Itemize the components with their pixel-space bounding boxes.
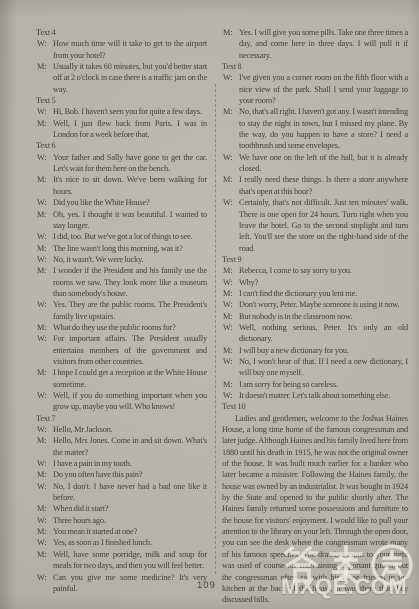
speaker-label: W: — [37, 458, 47, 469]
dialogue-line: M:I wonder if the President and his fami… — [36, 265, 207, 299]
dialogue-line: M:But nobody is in the classroom now. — [222, 311, 408, 322]
dialogue-line: W:No, I don't. I have never had a bad on… — [36, 481, 207, 504]
dialogue-text: No, I won't hear of that. If I need a ne… — [239, 357, 408, 377]
dialogue-line: W:No, I won't hear of that. If I need a … — [222, 356, 408, 379]
speaker-label: M: — [223, 27, 232, 38]
speaker-label: W: — [223, 277, 233, 288]
dialogue-line: W:Did you like the White House? — [36, 197, 207, 208]
dialogue-line: W:Well, nothing serious, Peter. It's onl… — [222, 322, 408, 345]
dialogue-line: W:Don't worry, Peter. Maybe someone is u… — [222, 299, 408, 310]
dialogue-text: I can't find the dictionary you lent me. — [239, 289, 357, 298]
dialogue-line: M:What do they use the public rooms for? — [36, 322, 207, 333]
speaker-label: M: — [223, 106, 232, 117]
dialogue-text: Three hours ago. — [53, 516, 106, 525]
speaker-label: W: — [37, 390, 47, 401]
dialogue-text: Rebecca, I come to say sorry to you. — [239, 266, 352, 275]
dialogue-line: M:Well, have some porridge, milk and sou… — [36, 549, 207, 572]
speaker-label: W: — [37, 515, 47, 526]
dialogue-line: M:You mean it started at one? — [36, 526, 207, 537]
dialogue-text: It's nice to sit down. We've been walkin… — [53, 175, 207, 195]
speaker-label: M: — [37, 174, 46, 185]
book-page: Text 4W:How much time will it take to ge… — [0, 0, 419, 609]
speaker-label: W: — [37, 231, 47, 242]
dialogue-text: Well, I just flew back from Paris. I was… — [53, 119, 207, 139]
speaker-label: W: — [223, 356, 233, 367]
dialogue-text: Did you like the White House? — [53, 198, 150, 207]
speaker-label: W: — [37, 152, 47, 163]
dialogue-text: But nobody is in the classroom now. — [239, 312, 352, 321]
dialogue-line: M:Well, I just flew back from Paris. I w… — [36, 118, 207, 141]
speaker-label: M: — [37, 61, 46, 72]
center-crease-line — [215, 84, 216, 574]
dialogue-line: W:Yes, as soon as I finished lunch. — [36, 537, 207, 548]
speaker-label: W: — [37, 299, 47, 310]
dialogue-text: Certainly, that's not difficult. Just te… — [239, 198, 408, 252]
dialogue-line: W:Yes. They are the public rooms. The Pr… — [36, 299, 207, 322]
dialogue-text: I have a pain in my tooth. — [53, 459, 132, 468]
speaker-label: W: — [223, 197, 233, 208]
dialogue-text: Why? — [239, 278, 258, 287]
dialogue-line: M:Usually it takes 60 minutes, but you'd… — [36, 61, 207, 95]
dialogue-line: M:I really need these things. Is there a… — [222, 174, 408, 197]
dialogue-text: No, that's all right. I haven't got any.… — [239, 107, 408, 150]
dialogue-text: Well, if you do something important when… — [53, 391, 207, 411]
section-heading: Text 8 — [222, 61, 408, 72]
dialogue-text: Oh, yes. I thought it was beautiful. I w… — [53, 210, 207, 230]
dialogue-line: W:Can you give me some medicine? It's ve… — [36, 572, 207, 595]
dialogue-text: Hello, Mr Jackson. — [53, 425, 113, 434]
speaker-label: M: — [223, 379, 232, 390]
speaker-label: W: — [37, 197, 47, 208]
speaker-label: M: — [37, 265, 46, 276]
dialogue-text: I really need these things. Is there a s… — [239, 175, 408, 195]
dialogue-line: M:I will buy a new dictionary for you. — [222, 345, 408, 356]
dialogue-line: M:When did it start? — [36, 503, 207, 514]
speaker-label: M: — [37, 526, 46, 537]
dialogue-line: M:I hope I could get a reception at the … — [36, 367, 207, 390]
dialogue-text: Hello, Mrs Jones. Come in and sit down. … — [53, 436, 207, 456]
dialogue-line: W:I did, too. But we've got a lot of thi… — [36, 231, 207, 242]
speaker-label: M: — [37, 503, 46, 514]
dialogue-text: Your father and Sally have gone to get t… — [53, 153, 207, 173]
dialogue-text: You mean it started at one? — [53, 527, 137, 536]
right-column: M:Yes. I will give you some pills. Take … — [222, 27, 408, 606]
dialogue-line: W:It doesn't matter. Let's talk about so… — [222, 390, 408, 401]
dialogue-line: M:I am sorry for being so careless. — [222, 379, 408, 390]
speaker-label: M: — [37, 435, 46, 446]
speaker-label: W: — [37, 481, 47, 492]
dialogue-line: W:Why? — [222, 277, 408, 288]
dialogue-line: W:We have one on the left of the hall, b… — [222, 152, 408, 175]
dialogue-line: W:Hi, Bob. I haven't seen you for quite … — [36, 106, 207, 117]
section-heading: Text 4 — [36, 27, 207, 38]
left-column: Text 4W:How much time will it take to ge… — [36, 27, 207, 594]
dialogue-text: Well, have some porridge, milk and soup … — [53, 550, 207, 570]
speaker-label: W: — [37, 38, 47, 49]
dialogue-line: M:I can't find the dictionary you lent m… — [222, 288, 408, 299]
dialogue-text: No, I don't. I have never had a bad one … — [53, 482, 207, 502]
speaker-label: M: — [37, 243, 46, 254]
speaker-label: M: — [223, 265, 232, 276]
speaker-label: W: — [223, 72, 233, 83]
script-paragraph: Ladies and gentlemen, welcome to the Jos… — [222, 413, 408, 606]
speaker-label: W: — [37, 106, 47, 117]
speaker-label: W: — [37, 537, 47, 548]
speaker-label: W: — [223, 299, 233, 310]
dialogue-line: W:For important affairs. The President u… — [36, 333, 207, 367]
section-heading: Text 6 — [36, 140, 207, 151]
section-heading: Text 7 — [36, 413, 207, 424]
dialogue-text: Usually it takes 60 minutes, but you'd b… — [53, 62, 207, 94]
dialogue-text: I've given you a corner room on the fift… — [239, 73, 408, 105]
dialogue-line: M:Oh, yes. I thought it was beautiful. I… — [36, 209, 207, 232]
section-heading: Text 10 — [222, 401, 408, 412]
dialogue-line: M:Yes. I will give you some pills. Take … — [222, 27, 408, 61]
dialogue-text: I hope I could get a reception at the Wh… — [53, 368, 207, 388]
dialogue-text: Don't worry, Peter. Maybe someone is usi… — [239, 300, 399, 309]
dialogue-text: What do they use the public rooms for? — [53, 323, 176, 332]
speaker-label: W: — [37, 333, 47, 344]
dialogue-text: Do you often have this pain? — [53, 470, 142, 479]
dialogue-line: M:No, that's all right. I haven't got an… — [222, 106, 408, 151]
dialogue-line: W:I've given you a corner room on the fi… — [222, 72, 408, 106]
dialogue-line: W:Three hours ago. — [36, 515, 207, 526]
speaker-label: M: — [37, 549, 46, 560]
dialogue-text: Can you give me some medicine? It's very… — [53, 573, 207, 593]
page-number: 109 — [197, 580, 216, 591]
dialogue-line: W:How much time will it take to get to t… — [36, 38, 207, 61]
dialogue-text: We have one on the left of the hall, but… — [239, 153, 408, 173]
dialogue-line: M:Do you often have this pain? — [36, 469, 207, 480]
speaker-label: M: — [37, 367, 46, 378]
dialogue-text: I will buy a new dictionary for you. — [239, 346, 349, 355]
speaker-label: W: — [37, 424, 47, 435]
dialogue-line: W:No, it wasn't. We were lucky. — [36, 254, 207, 265]
dialogue-line: W:Well, if you do something important wh… — [36, 390, 207, 413]
dialogue-line: W:I have a pain in my tooth. — [36, 458, 207, 469]
dialogue-text: No, it wasn't. We were lucky. — [53, 255, 144, 264]
speaker-label: M: — [37, 322, 46, 333]
section-heading: Text 5 — [36, 95, 207, 106]
speaker-label: W: — [37, 572, 47, 583]
speaker-label: W: — [223, 390, 233, 401]
dialogue-text: Well, nothing serious, Peter. It's only … — [239, 323, 408, 343]
speaker-label: M: — [37, 469, 46, 480]
dialogue-text: I wonder if the President and his family… — [53, 266, 207, 298]
dialogue-line: M:The line wasn't long this morning, was… — [36, 243, 207, 254]
speaker-label: W: — [223, 152, 233, 163]
dialogue-text: For important affairs. The President usu… — [53, 334, 207, 366]
dialogue-text: How much time will it take to get to the… — [53, 39, 207, 59]
dialogue-line: M:It's nice to sit down. We've been walk… — [36, 174, 207, 197]
dialogue-text: I did, too. But we've got a lot of thing… — [53, 232, 193, 241]
section-heading: Text 9 — [222, 254, 408, 265]
speaker-label: M: — [37, 118, 46, 129]
dialogue-line: M:Hello, Mrs Jones. Come in and sit down… — [36, 435, 207, 458]
speaker-label: M: — [223, 345, 232, 356]
speaker-label: W: — [37, 254, 47, 265]
dialogue-text: I am sorry for being so careless. — [239, 380, 338, 389]
speaker-label: M: — [223, 174, 232, 185]
dialogue-text: The line wasn't long this morning, was i… — [53, 244, 183, 253]
dialogue-line: W:Your father and Sally have gone to get… — [36, 152, 207, 175]
dialogue-text: Yes, as soon as I finished lunch. — [53, 538, 152, 547]
speaker-label: M: — [223, 311, 232, 322]
speaker-label: M: — [37, 209, 46, 220]
speaker-label: W: — [223, 322, 233, 333]
dialogue-line: W:Hello, Mr Jackson. — [36, 424, 207, 435]
dialogue-line: W:Certainly, that's not difficult. Just … — [222, 197, 408, 254]
dialogue-text: Yes. They are the public rooms. The Pres… — [53, 300, 207, 320]
dialogue-text: It doesn't matter. Let's talk about some… — [239, 391, 390, 400]
speaker-label: M: — [223, 288, 232, 299]
dialogue-text: Hi, Bob. I haven't seen you for quite a … — [53, 107, 202, 116]
dialogue-line: M:Rebecca, I come to say sorry to you. — [222, 265, 408, 276]
dialogue-text: Yes. I will give you some pills. Take on… — [239, 28, 408, 60]
dialogue-text: When did it start? — [53, 504, 108, 513]
